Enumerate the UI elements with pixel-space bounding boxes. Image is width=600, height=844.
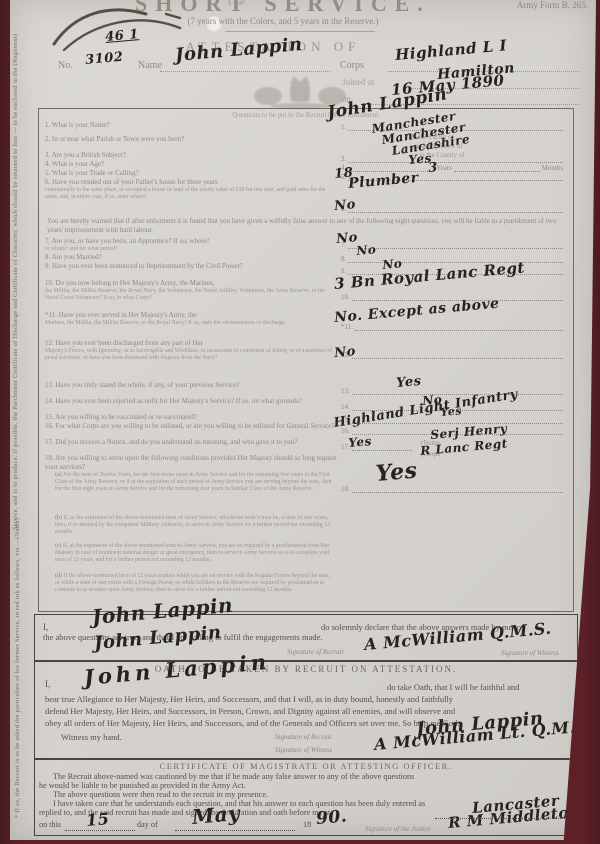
certificate-box: CERTIFICATE OF MAGISTRATE OR ATTESTING O…: [34, 758, 578, 836]
justice-sig-label: Signature of the Justice: [365, 825, 431, 833]
answer-17: Yes: [348, 434, 373, 450]
oath-box: OATH TO BE TAKEN BY RECRUIT ON ATTESTATI…: [34, 660, 578, 760]
question-7: 7. Are you, or have you been, an Apprent…: [45, 237, 337, 253]
witness-my-hand: Witness my hand.: [61, 732, 122, 742]
question-12: 12. Have you ever been discharged from a…: [45, 339, 337, 362]
declaration-witness-sig-label: Signature of Witness.: [501, 649, 560, 657]
question-3: 3. Are you a British Subject?: [45, 151, 337, 160]
answer-row-3: 3.: [341, 155, 563, 163]
oath-line4: obey all orders of Her Majesty, Her Heir…: [45, 718, 460, 728]
question-2: 2. In or near what Parish or Town were y…: [45, 135, 337, 144]
margin-note-top: Service, and is to produce, if possible,…: [12, 130, 19, 530]
year-printed: 18: [303, 820, 311, 829]
condition-b: (b) If, at the expiration of the above-m…: [55, 515, 335, 536]
form-title: SHORT SERVICE.: [10, 0, 556, 17]
question-17: 17. Did you receive a Notice, and do you…: [45, 438, 337, 447]
question-4: 4. What is your Age?: [45, 160, 337, 169]
attestation-form-paper: 1-1547 Army Form B. 265. SHORT SERVICE. …: [10, 0, 596, 840]
question-15: 15. Are you willing to be vaccinated or …: [45, 413, 337, 422]
oath-witness-sig-label: Signature of Witness: [275, 746, 332, 754]
answer-6: No: [334, 197, 357, 214]
oath-line3: defend Her Majesty, Her Heirs, and Succe…: [45, 706, 455, 716]
certificate-p2: The above questions were then read to th…: [53, 790, 268, 799]
question-16: 16. For what Corps are you willing to be…: [45, 422, 337, 431]
oath-i-label: I,: [45, 679, 50, 689]
condition-d: (d) If the above-mentioned term of 12 ye…: [55, 573, 335, 594]
declaration-recruit-sig-label: Signature of Recruit.: [287, 648, 345, 656]
answer-row-13: 13.: [341, 387, 563, 395]
answer-row-4: 4.YearsMonths: [341, 164, 563, 172]
oath-recruit-sig-label: Signature of Recruit: [275, 733, 332, 741]
form-subtitle: (7 years with the Colors, and 5 years in…: [10, 16, 556, 26]
day-of-label: day of: [137, 820, 158, 829]
question-18: 18. Are you willing to serve upon the fo…: [45, 454, 337, 472]
questions-box-header: Questions to be put to the Recruit befor…: [39, 111, 573, 119]
answer-13: Yes: [396, 374, 422, 391]
question-10: 10. Do you now belong to Her Majesty's A…: [45, 279, 337, 302]
margin-note-bottom: * If so, the Recruit is to be asked the …: [14, 548, 21, 818]
condition-a: (a) For the term of Twelve Years, for th…: [55, 472, 335, 493]
question-14: 14. Have you ever been rejected as unfit…: [45, 397, 337, 406]
on-this-label: on this: [39, 820, 61, 829]
answer-12: No: [334, 344, 357, 361]
question-13: 13. Have you truly stated the whole, if …: [45, 381, 337, 390]
certificate-heading: CERTIFICATE OF MAGISTRATE OR ATTESTING O…: [35, 761, 577, 771]
question-11: *11. Have you ever served in Her Majesty…: [45, 311, 337, 327]
no-label: No.: [58, 60, 73, 71]
question-8: 8. Are you Married?: [45, 253, 337, 262]
certificate-p3b: replied to, and the said recruit has mad…: [39, 808, 330, 817]
condition-c: (c) If, at the expiration of the above-m…: [55, 543, 335, 564]
name-label: Name: [138, 60, 162, 71]
service-number: 3102: [85, 50, 124, 68]
answer-8: No: [356, 242, 377, 258]
certificate-p1b: he would be liable to be punished as pro…: [39, 781, 246, 790]
declaration-i-label: I,: [43, 622, 48, 632]
answer-row-6: 6.: [341, 205, 563, 213]
answer-row-12: 12.: [341, 351, 563, 359]
oath-intro: do take Oath, that I will be faithful an…: [387, 682, 519, 692]
declaration-box: I, John Lappin do solemnly declare that …: [34, 614, 578, 662]
answer-row-11: *11.: [341, 323, 563, 331]
question-6: 6. Have you resided out of your Father's…: [45, 178, 337, 201]
certificate-month: May: [191, 801, 241, 829]
answer-row-18: 18.: [341, 485, 563, 493]
answer-4-months: 3: [428, 160, 439, 176]
answer-10: 3 Bn Royal Lanc Regt: [333, 258, 525, 293]
subtitle-rule: [225, 31, 375, 32]
oath-line2: bear true Allegiance to Her Majesty, Her…: [45, 694, 453, 704]
question-5: 5. What is your Trade or Calling?: [45, 169, 337, 178]
certificate-p1a: The Recruit above-named was cautioned by…: [53, 772, 414, 781]
questions-box: Questions to be put to the Recruit befor…: [38, 108, 574, 612]
certificate-day: 15: [85, 809, 110, 830]
answer-18: Yes: [375, 457, 419, 487]
certificate-year: 90.: [315, 806, 348, 829]
warning-text: You are hereby warned that if after enli…: [47, 217, 565, 235]
question-9: 9. Have you ever been sentenced to Impri…: [45, 262, 337, 271]
question-1: 1. What is your Name?: [45, 121, 337, 130]
